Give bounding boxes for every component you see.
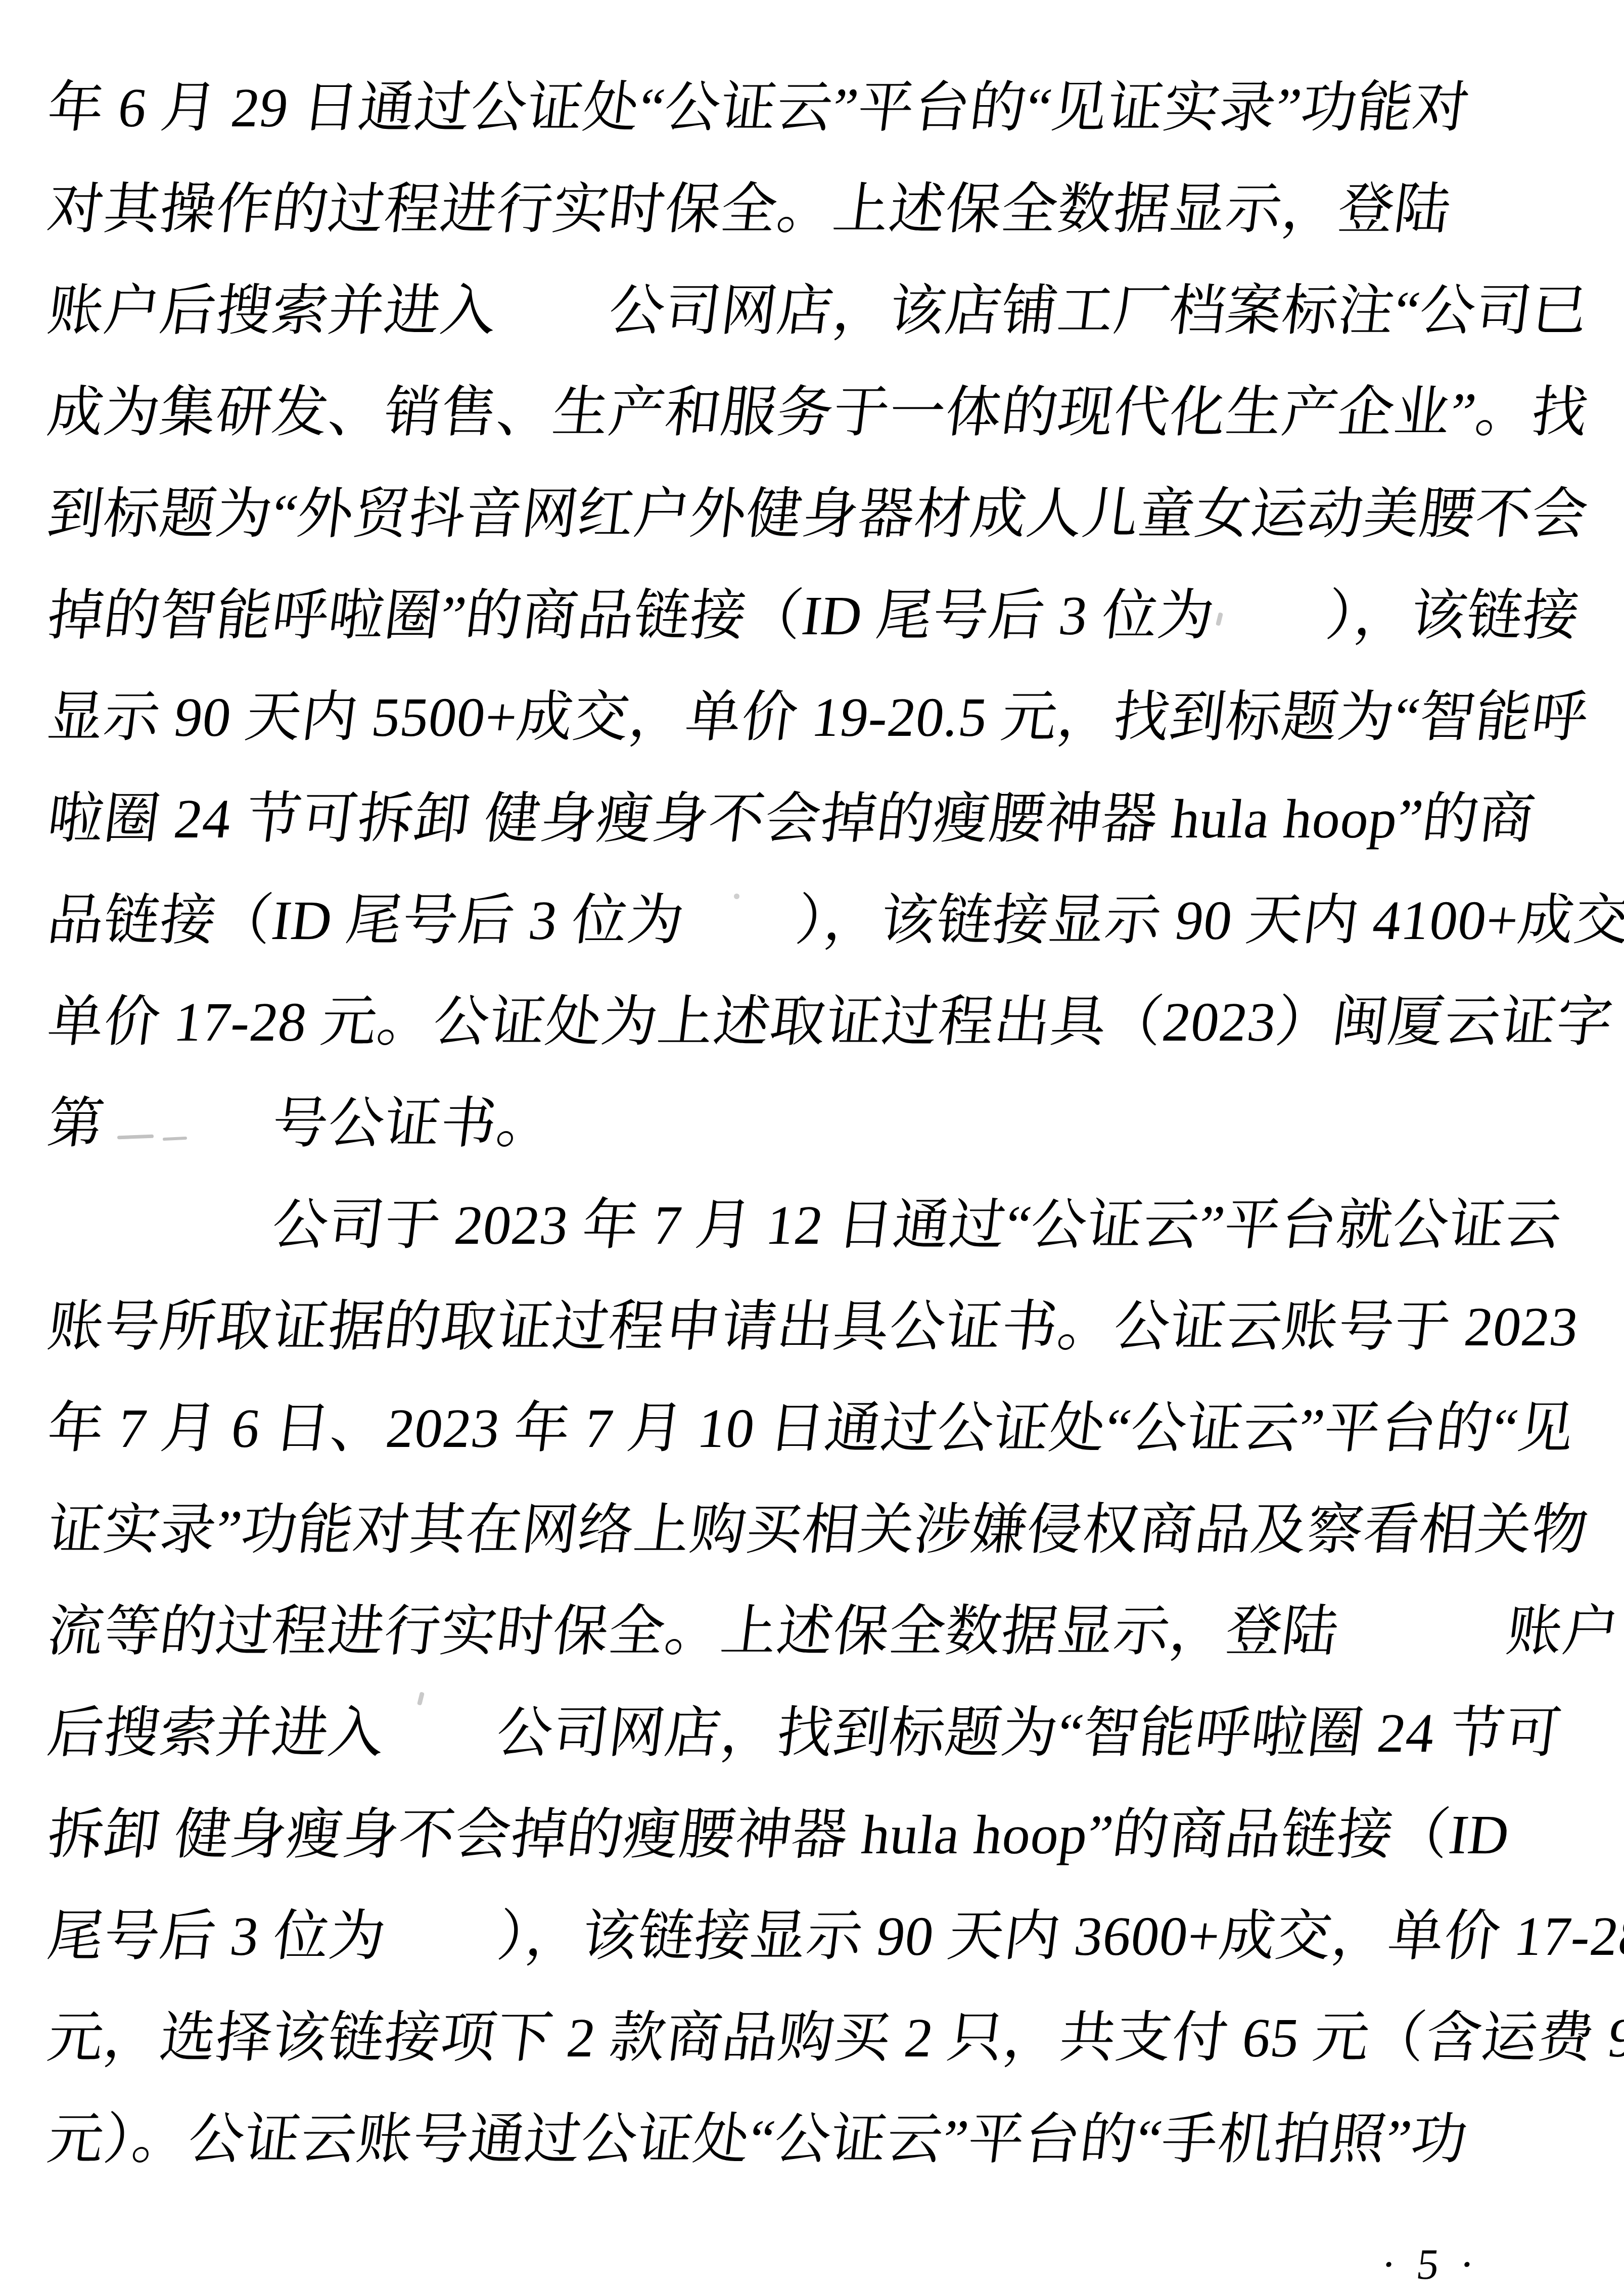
text-line: 对其操作的过程进行实时保全。上述保全数据显示，登陆 [42,159,1586,260]
text-line: 公司于 2023 年 7 月 12 日通过“公证云”平台就公证云 [42,1175,1586,1276]
text-line: 年 6 月 29 日通过公证处“公证云”平台的“见证实录”功能对 [42,57,1586,159]
text-line: 账号所取证据的取证过程申请出具公证书。公证云账号于 2023 [42,1276,1586,1378]
text-line: 第 号公证书。 [42,1073,1586,1175]
text-line: 品链接（ID 尾号后 3 位为 ），该链接显示 90 天内 4100+成交， [42,870,1586,971]
text-line: 流等的过程进行实时保全。上述保全数据显示，登陆 账户 [42,1581,1586,1682]
text-line: 年 7 月 6 日、2023 年 7 月 10 日通过公证处“公证云”平台的“见 [42,1378,1586,1479]
text-line: 显示 90 天内 5500+成交，单价 19-20.5 元，找到标题为“智能呼 [42,667,1586,768]
document-body-text: 年 6 月 29 日通过公证处“公证云”平台的“见证实录”功能对 对其操作的过程… [48,57,1580,2190]
text-line: 后搜索并进入 公司网店，找到标题为“智能呼啦圈 24 节可 [42,1682,1586,1784]
scan-artifact-mark [734,894,739,899]
text-line: 掉的智能呼啦圈”的商品链接（ID 尾号后 3 位为 ），该链接 [42,565,1586,667]
notary-document-page: 年 6 月 29 日通过公证处“公证云”平台的“见证实录”功能对 对其操作的过程… [0,0,1624,2296]
text-line: 啦圈 24 节可拆卸 健身瘦身不会掉的瘦腰神器 hula hoop”的商 [42,768,1586,870]
text-line: 到标题为“外贸抖音网红户外健身器材成人儿童女运动美腰不会 [42,463,1586,565]
text-line: 拆卸 健身瘦身不会掉的瘦腰神器 hula hoop”的商品链接（ID [42,1784,1586,1886]
text-line: 账户后搜索并进入 公司网店，该店铺工厂档案标注“公司已 [42,260,1586,362]
text-line: 尾号后 3 位为 ），该链接显示 90 天内 3600+成交，单价 17-28 [42,1886,1586,1987]
page-number: · 5 · [1361,2234,1500,2294]
text-line: 成为集研发、销售、生产和服务于一体的现代化生产企业”。找 [42,362,1586,463]
text-line: 元）。公证云账号通过公证处“公证云”平台的“手机拍照”功 [42,2089,1586,2190]
text-line: 单价 17-28 元。公证处为上述取证过程出具（2023）闽厦云证字 [42,971,1586,1073]
text-line: 元，选择该链接项下 2 款商品购买 2 只，共支付 65 元（含运费 9 [42,1987,1586,2089]
text-line: 证实录”功能对其在网络上购买相关涉嫌侵权商品及察看相关物 [42,1479,1586,1581]
